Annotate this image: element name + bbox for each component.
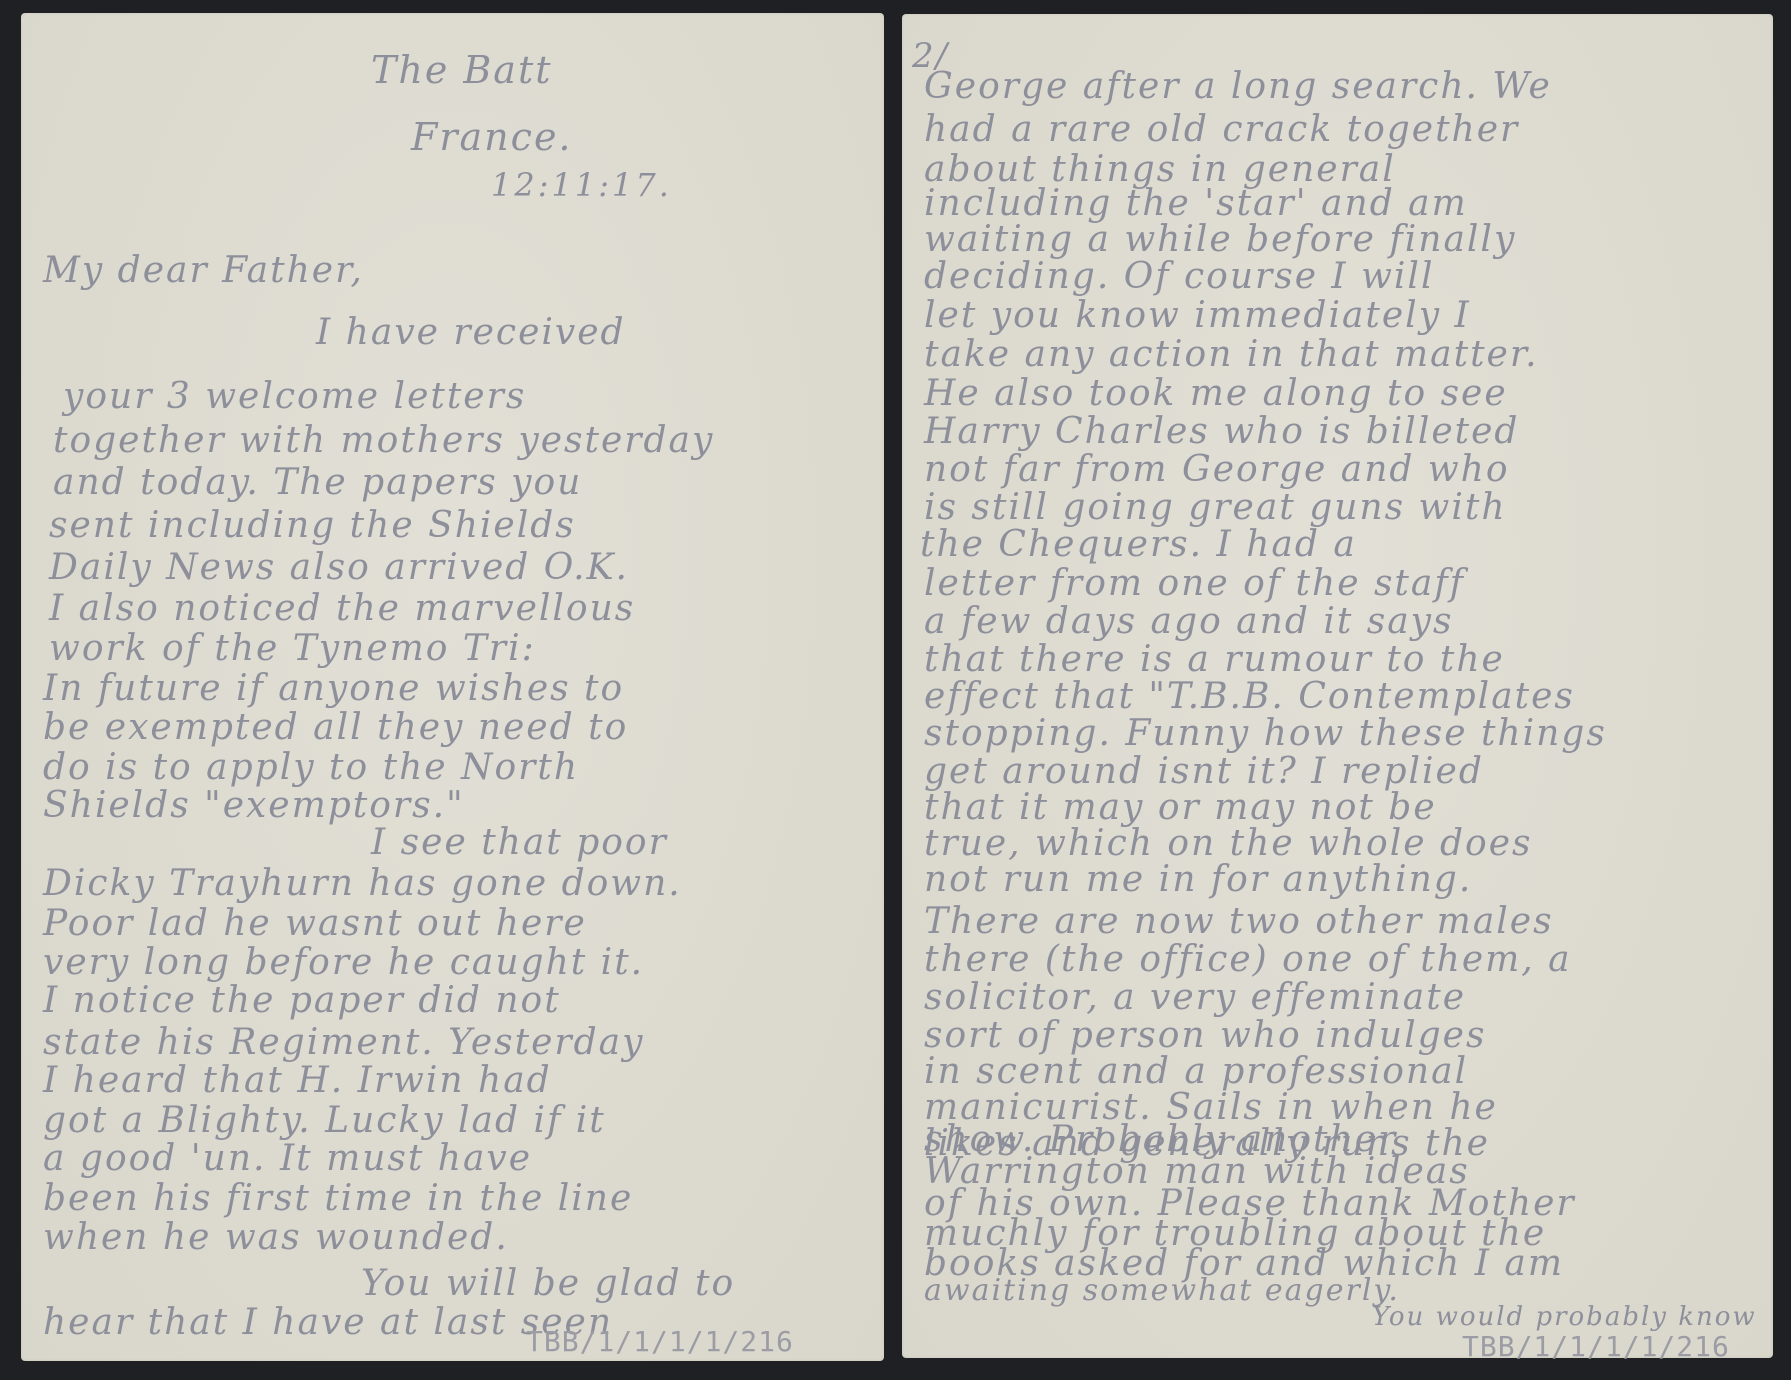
letter-line: your 3 welcome letters <box>63 379 526 415</box>
letter-line: solicitor, a very effeminate <box>924 980 1466 1016</box>
address-line-2: France. <box>411 115 573 159</box>
letter-line: in scent and a professional <box>924 1054 1468 1090</box>
letter-line: There are now two other males <box>924 904 1554 940</box>
letter-line: is still going great guns with <box>924 490 1507 526</box>
letter-line: In future if anyone wishes to <box>43 671 624 707</box>
letter-line: He also took me along to see <box>924 376 1508 412</box>
letter-line: very long before he caught it. <box>43 945 644 981</box>
letter-line: I see that poor <box>371 825 668 861</box>
letter-line: and today. The papers you <box>53 465 582 501</box>
letter-line: take any action in that matter. <box>924 337 1539 373</box>
letter-line: work of the Tynemo Tri: <box>49 631 536 667</box>
letter-line: I heard that H. Irwin had <box>43 1063 552 1099</box>
address-line-1: The Batt <box>371 48 553 92</box>
letter-line: got a Blighty. Lucky lad if it <box>43 1103 606 1139</box>
letter-line: I have received <box>316 315 626 351</box>
letter-line: a good 'un. It must have <box>43 1141 532 1177</box>
salutation: My dear Father, <box>43 253 364 289</box>
letter-line: letter from one of the staff <box>924 566 1465 602</box>
letter-line: I also noticed the marvellous <box>49 591 635 627</box>
letter-line: when he was wounded. <box>43 1220 509 1256</box>
letter-date: 12:11:17. <box>491 166 672 204</box>
letter-line: not far from George and who <box>924 452 1510 488</box>
letter-line: sent including the Shields <box>49 508 576 544</box>
letter-line: the Chequers. I had a <box>920 527 1357 563</box>
letter-line: You will be glad to <box>361 1266 735 1302</box>
letter-line: You would probably know <box>1372 1304 1757 1330</box>
letter-page-1: The Batt France. 12:11:17. My dear Fathe… <box>21 13 884 1361</box>
letter-line: state his Regiment. Yesterday <box>43 1025 644 1061</box>
letter-line: do is to apply to the North <box>43 750 579 786</box>
archive-reference: TBB/1/1/1/1/216 <box>526 1325 794 1358</box>
archive-reference: TBB/1/1/1/1/216 <box>1462 1330 1730 1363</box>
letter-line: Daily News also arrived O.K. <box>49 550 629 586</box>
letter-line: let you know immediately I <box>924 298 1471 334</box>
letter-line: that it may or may not be <box>924 790 1437 826</box>
letter-line: effect that "T.B.B. Contemplates <box>924 679 1575 715</box>
letter-line: there (the office) one of them, a <box>924 942 1572 978</box>
letter-line: Shields "exemptors." <box>43 788 465 824</box>
letter-line: a few days ago and it says <box>924 604 1454 640</box>
letter-line: Harry Charles who is billeted <box>924 414 1519 450</box>
letter-line: get around isnt it? I replied <box>924 754 1484 790</box>
letter-line: I notice the paper did not <box>43 983 561 1019</box>
letter-line: together with mothers yesterday <box>53 423 714 459</box>
letter-line: that there is a rumour to the <box>924 642 1505 678</box>
letter-line: been his first time in the line <box>43 1181 633 1217</box>
letter-line: be exempted all they need to <box>43 710 628 746</box>
letter-line: deciding. Of course I will <box>924 259 1434 295</box>
letter-line: George after a long search. We <box>924 69 1552 105</box>
letter-page-2: 2/ George after a long search. We had a … <box>902 14 1773 1358</box>
letter-line: true, which on the whole does <box>924 826 1533 862</box>
letter-line: waiting a while before finally <box>924 222 1516 258</box>
letter-line: stopping. Funny how these things <box>924 716 1607 752</box>
letter-line: Poor lad he wasnt out here <box>43 906 587 942</box>
letter-line: Dicky Trayhurn has gone down. <box>43 866 682 902</box>
letter-line: not run me in for anything. <box>924 862 1472 898</box>
letter-line: awaiting somewhat eagerly. <box>924 1276 1400 1306</box>
letter-line: including the 'star' and am <box>924 186 1468 222</box>
letter-line: sort of person who indulges <box>924 1018 1486 1054</box>
letter-line: had a rare old crack together <box>924 112 1519 148</box>
